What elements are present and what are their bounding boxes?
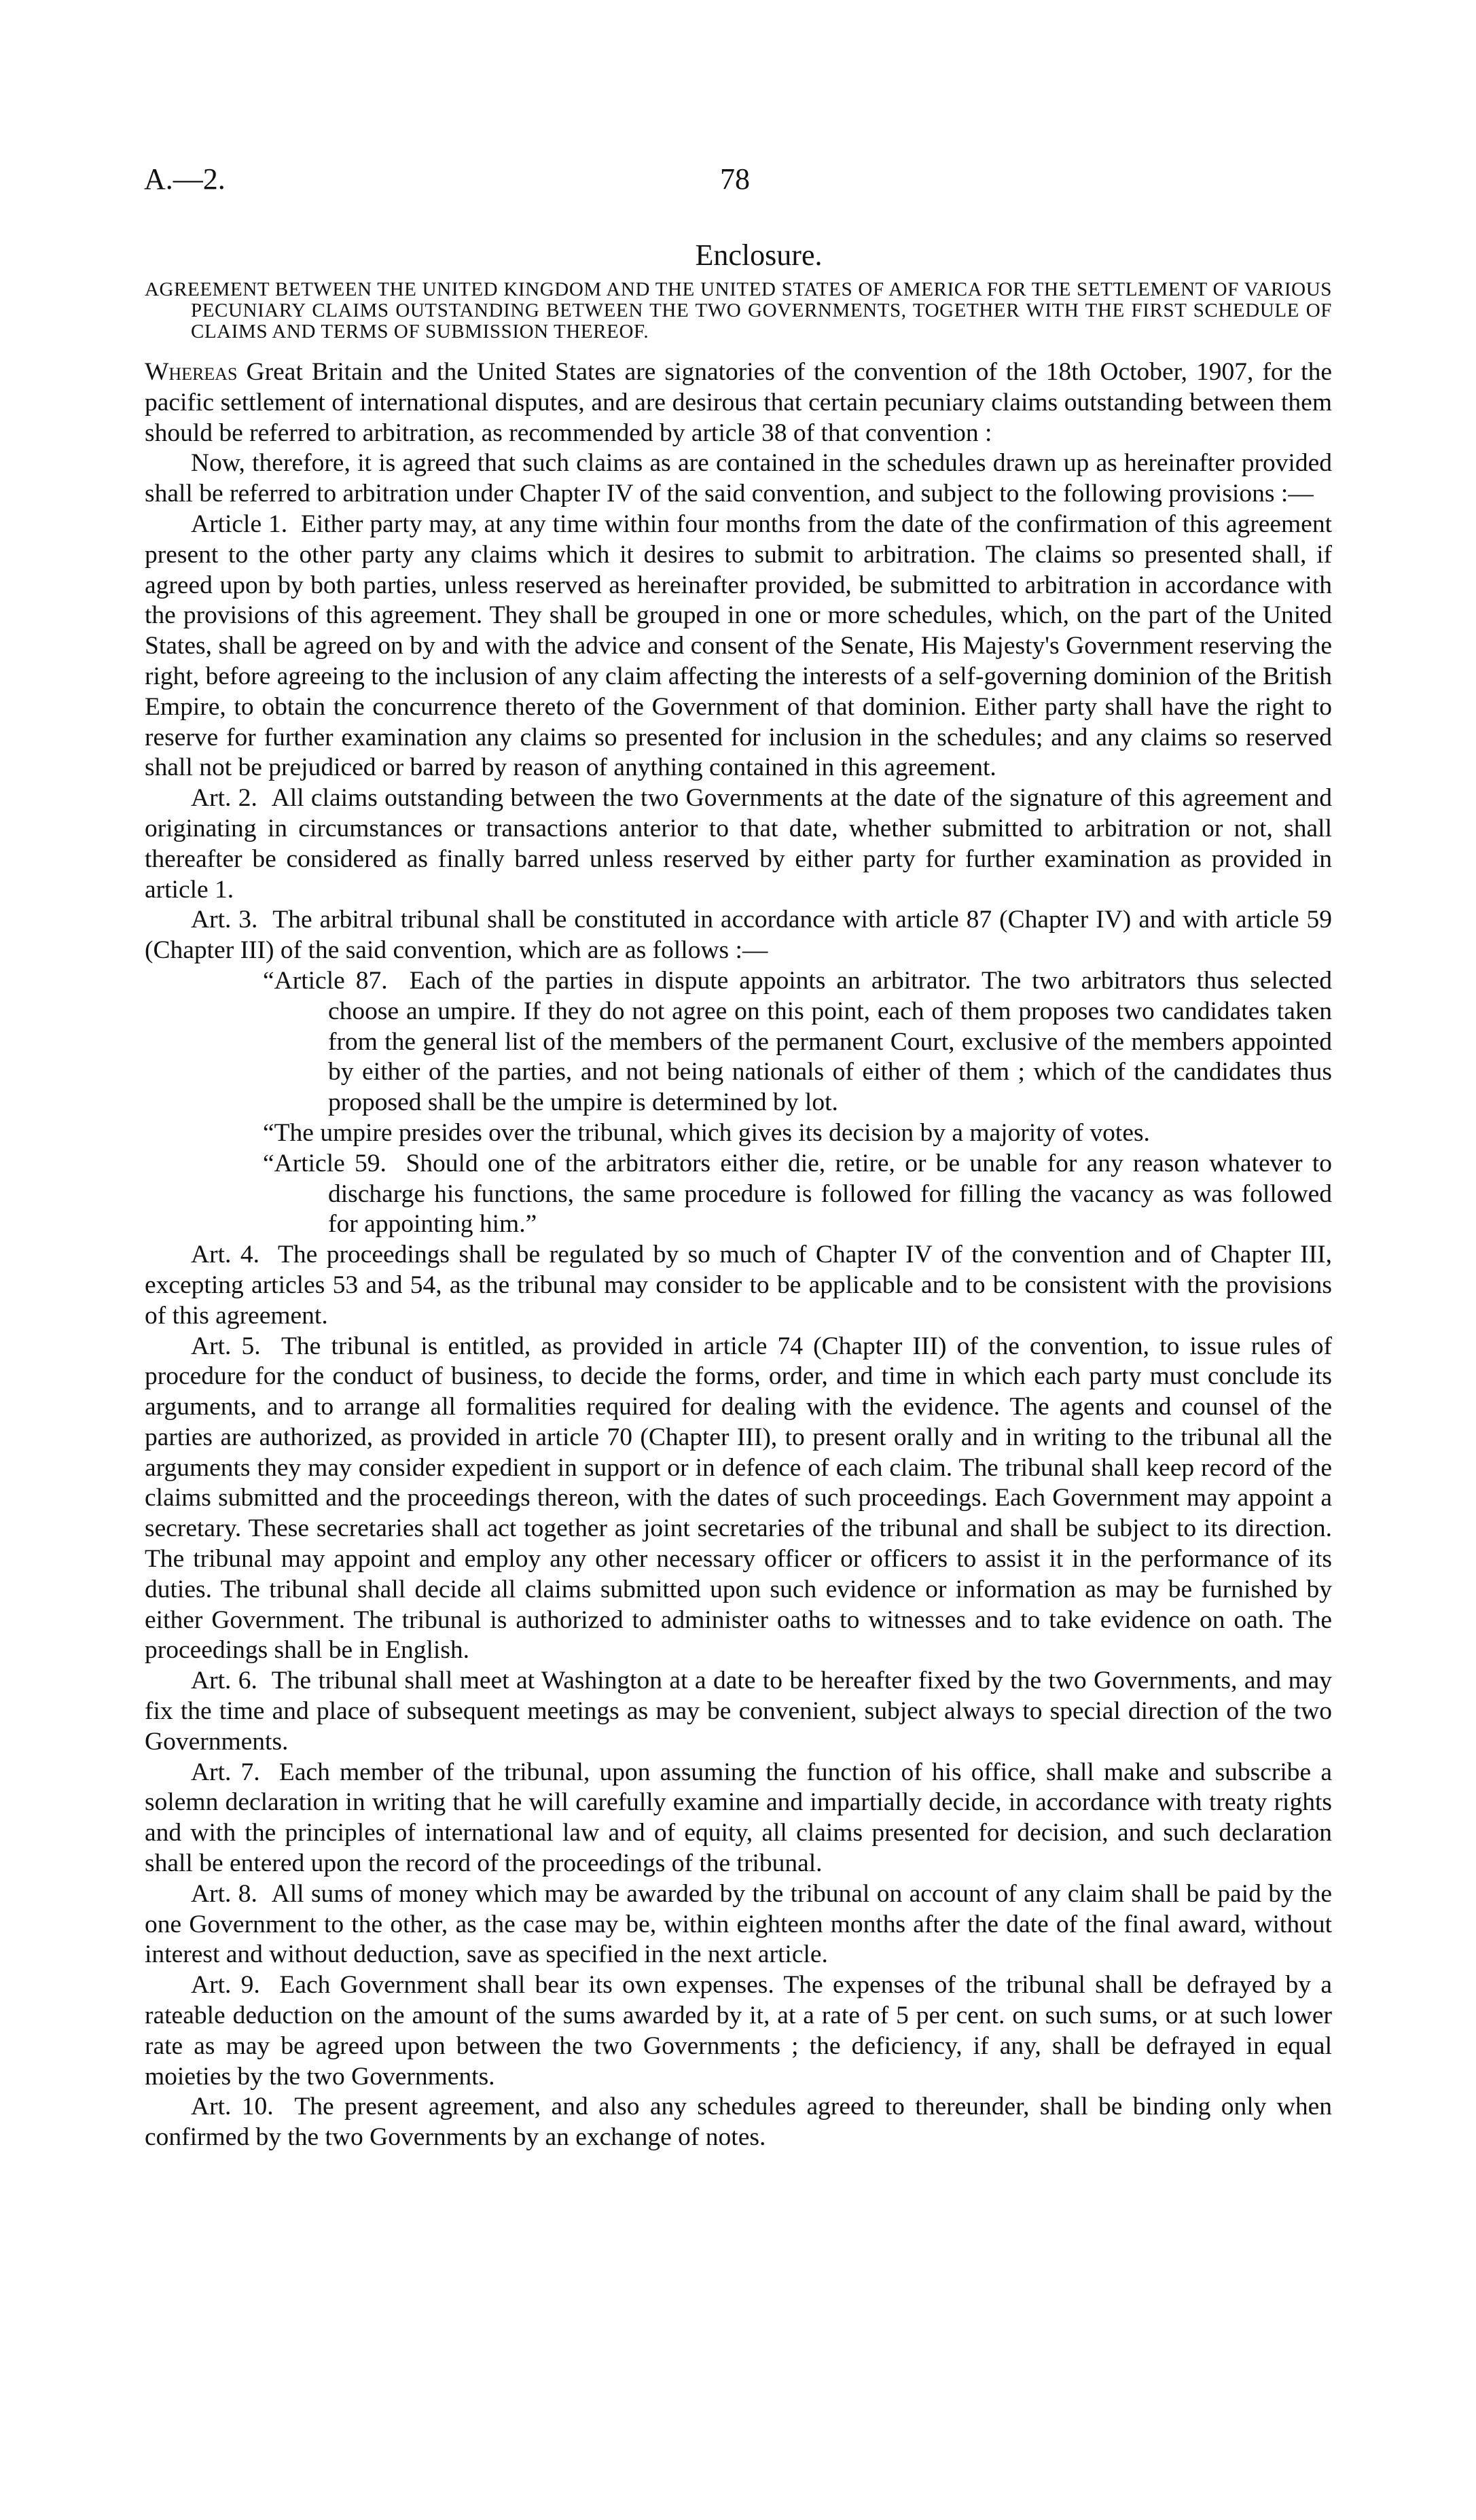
article-label: Art. 2. bbox=[191, 784, 257, 812]
article-2: Art. 2. All claims outstanding between t… bbox=[145, 783, 1332, 905]
article-label: Art. 10. bbox=[191, 2093, 274, 2120]
agreement-title: Agreement between the United Kingdom and… bbox=[145, 279, 1332, 342]
article-9: Art. 9. Each Government shall bear its o… bbox=[145, 1970, 1332, 2092]
article-label: Art. 9. bbox=[191, 1971, 260, 1999]
quote-text: Each of the parties in dispute appoints … bbox=[328, 967, 1332, 1116]
article-text: The tribunal shall meet at Washington at… bbox=[145, 1667, 1332, 1756]
quote-text: Should one of the arbitrators either die… bbox=[328, 1150, 1332, 1239]
article-7: Art. 7. Each member of the tribunal, upo… bbox=[145, 1758, 1332, 1879]
article-text: Each Government shall bear its own expen… bbox=[145, 1971, 1332, 2090]
article-1: Article 1. Either party may, at any time… bbox=[145, 510, 1332, 783]
whereas-text: Great Britain and the United States are … bbox=[145, 358, 1332, 447]
article-label: Art. 3. bbox=[191, 906, 257, 934]
article-label: Art. 5. bbox=[191, 1332, 261, 1360]
article-4: Art. 4. The proceedings shall be regulat… bbox=[145, 1240, 1332, 1331]
quote-label: “The bbox=[263, 1119, 314, 1147]
quote-text: umpire presides over the tribunal, which… bbox=[320, 1119, 1150, 1147]
quote-article-87: “Article 87. Each of the parties in disp… bbox=[145, 966, 1332, 1118]
article-text: All claims outstanding between the two G… bbox=[145, 784, 1332, 903]
article-text: The present agreement, and also any sche… bbox=[145, 2093, 1332, 2151]
article-label: Art. 7. bbox=[191, 1758, 260, 1786]
quote-label: “Article 87. bbox=[263, 967, 388, 995]
preamble-whereas: Whereas Great Britain and the United Sta… bbox=[145, 357, 1332, 448]
page-header: A.—2. 78 bbox=[144, 162, 1333, 202]
quote-label: “Article 59. bbox=[263, 1150, 386, 1177]
whereas-lead: Whereas bbox=[145, 358, 238, 386]
article-8: Art. 8. All sums of money which may be a… bbox=[145, 1879, 1332, 1970]
article-label: Article 1. bbox=[191, 510, 287, 538]
document-reference: A.—2. bbox=[144, 162, 226, 196]
article-text: The tribunal is entitled, as provided in… bbox=[145, 1332, 1332, 1665]
article-6: Art. 6. The tribunal shall meet at Washi… bbox=[145, 1666, 1332, 1757]
article-5: Art. 5. The tribunal is entitled, as pro… bbox=[145, 1332, 1332, 1667]
article-text: The proceedings shall be regulated by so… bbox=[145, 1241, 1332, 1330]
article-10: Art. 10. The present agreement, and also… bbox=[145, 2092, 1332, 2153]
article-text: The arbitral tribunal shall be constitut… bbox=[145, 906, 1332, 964]
article-3: Art. 3. The arbitral tribunal shall be c… bbox=[145, 905, 1332, 966]
enclosure-title: Enclosure. bbox=[145, 238, 1332, 272]
quote-article-59: “Article 59. Should one of the arbitrato… bbox=[145, 1149, 1332, 1240]
page-number: 78 bbox=[720, 162, 750, 196]
preamble-now-therefore: Now, therefore, it is agreed that such c… bbox=[145, 448, 1332, 510]
article-text: All sums of money which may be awarded b… bbox=[145, 1880, 1332, 1969]
article-label: Art. 4. bbox=[191, 1241, 259, 1268]
article-text: Each member of the tribunal, upon assumi… bbox=[145, 1758, 1332, 1877]
document-body: Enclosure. Agreement between the United … bbox=[145, 238, 1332, 2153]
article-label: Art. 8. bbox=[191, 1880, 257, 1908]
article-label: Art. 6. bbox=[191, 1667, 257, 1694]
quote-umpire: “The umpire presides over the tribunal, … bbox=[145, 1118, 1332, 1149]
article-text: Either party may, at any time within fou… bbox=[145, 510, 1332, 781]
